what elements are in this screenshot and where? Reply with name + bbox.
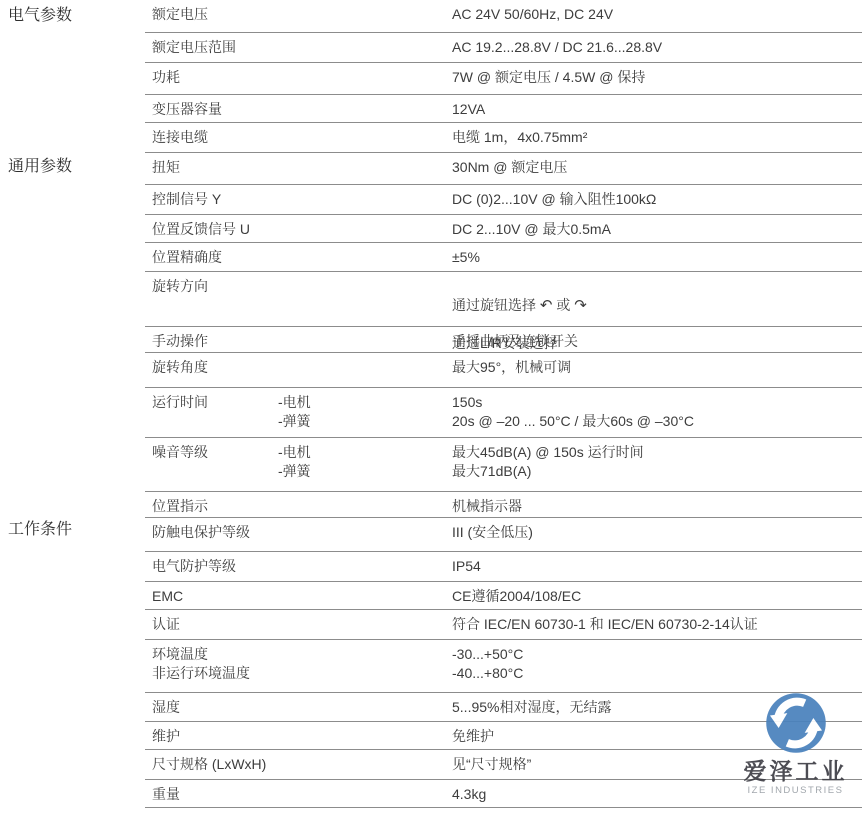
cw-rotation-icon: ↷ (574, 297, 587, 314)
param-label: 噪音等级 (152, 443, 278, 491)
param-sublabel (278, 100, 452, 122)
param-label: 尺寸规格 (LxWxH) (152, 755, 278, 779)
param-value: CE遵循2004/108/EC (452, 587, 862, 609)
param-sublabel (278, 68, 452, 94)
param-label: 手动操作 (152, 332, 278, 352)
param-sublabel: -电机 -弹簧 (278, 443, 452, 491)
table-row: 运行时间 -电机 -弹簧 150s 20s @ –20 ... 50°C / 最… (145, 388, 862, 438)
table-row: 额定电压范围 AC 19.2...28.8V / DC 21.6...28.8V (145, 33, 862, 63)
table-row: 噪音等级 -电机 -弹簧 最大45dB(A) @ 150s 运行时间 最大71d… (145, 438, 862, 492)
param-sublabel (278, 5, 452, 32)
param-label: 变压器容量 (152, 100, 278, 122)
param-value: DC 2...10V @ 最大0.5mA (452, 220, 862, 242)
table-row: 防触电保护等级 III (安全低压) (145, 518, 862, 552)
param-sublabel (278, 785, 452, 807)
param-label: 电气防护等级 (152, 557, 278, 581)
param-sublabel (278, 557, 452, 581)
table-row: 位置反馈信号 U DC 2...10V @ 最大0.5mA (145, 215, 862, 243)
watermark-brand-en: IZE INDUSTRIES (726, 785, 865, 797)
table-row: 控制信号 Y DC (0)2...10V @ 输入阻性100kΩ (145, 185, 862, 215)
param-sublabel (278, 727, 452, 749)
param-sublabel (278, 497, 452, 517)
rotation-text-prefix: 通过旋钮选择 (452, 297, 540, 313)
datasheet-page: 电气参数 通用参数 工作条件 额定电压 AC 24V 50/60Hz, DC 2… (0, 0, 865, 816)
param-sublabel (278, 645, 452, 692)
param-sublabel (278, 587, 452, 609)
param-label: 位置精确度 (152, 248, 278, 271)
param-sublabel (278, 190, 452, 214)
param-label: 扭矩 (152, 158, 278, 184)
param-label: 额定电压范围 (152, 38, 278, 62)
param-value: AC 24V 50/60Hz, DC 24V (452, 5, 862, 32)
param-sublabel (278, 128, 452, 152)
param-label: 位置反馈信号 U (152, 220, 278, 242)
watermark-brand-cn: 爱泽工业 (726, 758, 865, 784)
param-label: 旋转角度 (152, 358, 278, 387)
param-label: 运行时间 (152, 393, 278, 437)
param-label: EMC (152, 587, 278, 609)
table-row: 认证 符合 IEC/EN 60730-1 和 IEC/EN 60730-2-14… (145, 610, 862, 640)
param-label: 认证 (152, 615, 278, 639)
table-row: 环境温度 非运行环境温度 -30...+50°C -40...+80°C (145, 640, 862, 693)
param-value: III (安全低压) (452, 523, 862, 551)
table-row: EMC CE遵循2004/108/EC (145, 582, 862, 610)
param-label: 位置指示 (152, 497, 278, 517)
param-label: 连接电缆 (152, 128, 278, 152)
param-sublabel (278, 38, 452, 62)
table-row: 变压器容量 12VA (145, 95, 862, 123)
ize-watermark: 爱泽工业 IZE INDUSTRIES (726, 692, 865, 797)
param-value: -30...+50°C -40...+80°C (452, 645, 862, 692)
param-value: 机械指示器 (452, 497, 862, 517)
rotation-text-or: 或 (552, 297, 574, 313)
param-sublabel (278, 158, 452, 184)
table-row: 扭矩 30Nm @ 额定电压 (145, 153, 862, 185)
param-label: 湿度 (152, 698, 278, 721)
param-value: ±5% (452, 248, 862, 271)
param-value: 最大95°，机械可调 (452, 358, 862, 387)
param-label: 环境温度 非运行环境温度 (152, 645, 278, 692)
table-row: 位置指示 机械指示器 (145, 492, 862, 518)
section-label-electrical: 电气参数 (8, 6, 72, 26)
param-sublabel (278, 332, 452, 352)
param-sublabel (278, 220, 452, 242)
table-row: 额定电压 AC 24V 50/60Hz, DC 24V (145, 0, 862, 33)
param-label: 控制信号 Y (152, 190, 278, 214)
param-value: AC 19.2...28.8V / DC 21.6...28.8V (452, 38, 862, 62)
param-value: 30Nm @ 额定电压 (452, 158, 862, 184)
rotation-arrows-icon (765, 692, 827, 754)
param-sublabel (278, 615, 452, 639)
param-value: 手摇曲柄及连锁开关 (452, 332, 862, 352)
param-value: 7W @ 额定电压 / 4.5W @ 保持 (452, 68, 862, 94)
param-value: 12VA (452, 100, 862, 122)
param-label: 重量 (152, 785, 278, 807)
param-value: 电缆 1m，4x0.75mm² (452, 128, 862, 152)
param-value: IP54 (452, 557, 862, 581)
param-value: DC (0)2...10V @ 输入阻性100kΩ (452, 190, 862, 214)
spec-table: 额定电压 AC 24V 50/60Hz, DC 24V 额定电压范围 AC 19… (145, 0, 862, 808)
table-row: 旋转方向 通过旋钮选择 ↶ 或 ↷ 通过L/R安装选择 (145, 272, 862, 327)
section-label-general: 通用参数 (8, 157, 72, 177)
param-sublabel: -电机 -弹簧 (278, 393, 452, 437)
param-sublabel (278, 698, 452, 721)
param-label: 额定电压 (152, 5, 278, 32)
rotation-choice-line: 通过旋钮选择 ↶ 或 ↷ (452, 296, 862, 315)
param-sublabel (278, 755, 452, 779)
section-label-operating: 工作条件 (8, 520, 72, 540)
table-row: 旋转角度 最大95°，机械可调 (145, 353, 862, 388)
param-sublabel (278, 358, 452, 387)
param-value: 符合 IEC/EN 60730-1 和 IEC/EN 60730-2-14认证 (452, 615, 862, 639)
param-value: 150s 20s @ –20 ... 50°C / 最大60s @ –30°C (452, 393, 862, 437)
param-label: 防触电保护等级 (152, 523, 278, 551)
table-row: 位置精确度 ±5% (145, 243, 862, 272)
param-sublabel (278, 523, 452, 551)
table-row: 电气防护等级 IP54 (145, 552, 862, 582)
table-row: 连接电缆 电缆 1m，4x0.75mm² (145, 123, 862, 153)
param-value: 最大45dB(A) @ 150s 运行时间 最大71dB(A) (452, 443, 862, 491)
param-label: 维护 (152, 727, 278, 749)
ccw-rotation-icon: ↶ (540, 297, 553, 314)
table-row: 功耗 7W @ 额定电压 / 4.5W @ 保持 (145, 63, 862, 95)
param-sublabel (278, 248, 452, 271)
param-label: 功耗 (152, 68, 278, 94)
